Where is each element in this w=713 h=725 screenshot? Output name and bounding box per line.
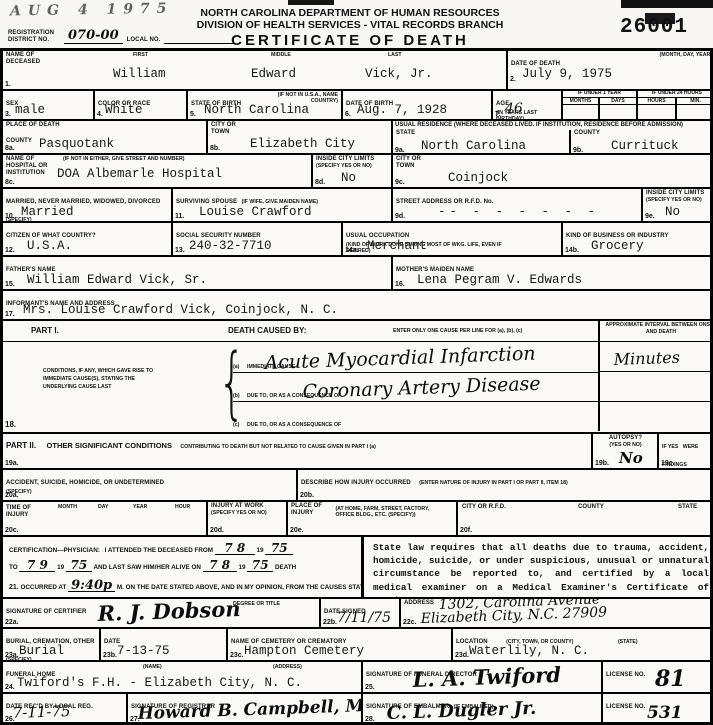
field-burial-date: DATE 23b. 7-13-75: [101, 629, 228, 662]
director-license-value: 81: [655, 666, 686, 692]
embalmer-license-label: LICENSE NO.: [606, 704, 645, 710]
under24-hours-label: HOURS: [638, 98, 675, 105]
injury-time-label: TIME OF INJURY: [6, 505, 40, 519]
row-demographics: SEX 3. male COLOR OR RACE 4. White STATE…: [3, 91, 710, 121]
pod-city-num: 8b.: [210, 145, 220, 152]
registrar-signature: Howard B. Campbell, M.P.H.: [137, 695, 363, 724]
field-embalmer-license: LICENSE NO. 531: [603, 694, 713, 724]
sex-num: 3.: [5, 111, 11, 118]
part1-num: 18.: [5, 420, 16, 429]
cert-intro: CERTIFICATION—PHYSICIAN:: [9, 547, 100, 554]
field-hospital-icl: INSIDE CITY LIMITS (SPECIFY YES OR NO) 8…: [313, 155, 393, 189]
pod-group-label: PLACE OF DEATH: [6, 122, 204, 129]
part2-sub: CONTRIBUTING TO DEATH BUT NOT RELATED TO…: [180, 444, 376, 450]
res-city-num: 9c.: [395, 179, 405, 186]
age-value: 46: [505, 101, 523, 117]
row-part2: PART II. OTHER SIGNIFICANT CONDITIONS CO…: [3, 434, 710, 470]
autopsy-sub: (YES OR NO): [596, 442, 655, 448]
local-no-blank: [164, 33, 234, 44]
spouse-value: Louise Crawford: [199, 205, 312, 219]
line-b-value: Coronary Artery Disease: [302, 373, 541, 403]
cause-line-a: (a) IMMEDIATE CAUSE Acute Myocardial Inf…: [233, 344, 598, 373]
name-first-value: William: [113, 67, 166, 81]
row-certification: CERTIFICATION—PHYSICIAN: I ATTENDED THE …: [3, 537, 710, 599]
injury-place-sub: (AT HOME, FARM, STREET, FACTORY, OFFICE …: [335, 506, 445, 518]
field-date-received: DATE REC'D BY LOCAL REG. 26. 7-11-75: [3, 694, 128, 724]
mother-num: 16.: [395, 281, 405, 288]
birth-state-num: 5.: [190, 111, 196, 118]
cert-line2: TO 7 9 19 75 AND LAST SAW HIM/HER ALIVE …: [9, 560, 359, 572]
pod-county-value: Pasquotank: [39, 137, 114, 151]
injury-time-num: 20c.: [5, 527, 19, 534]
accident-sub: (SPECIFY): [6, 489, 294, 495]
date-signed-value: 7/11/75: [337, 610, 391, 626]
marital-value: Married: [21, 205, 74, 219]
part1-header: PART I. DEATH CAUSED BY: ENTER ONLY ONE …: [3, 321, 710, 342]
injury-loc-num: 20f.: [460, 527, 472, 534]
citizen-num: 12.: [5, 247, 15, 254]
field-state-of-birth: STATE OF BIRTH (IF NOT IN U.S.A., NAME C…: [188, 91, 343, 121]
certificate-form: NAME OF DECEASED FIRST MIDDLE LAST 1. Wi…: [0, 48, 713, 725]
injury-time-col-year: YEAR: [133, 504, 147, 510]
funeral-home-sub-name: (NAME): [143, 664, 162, 670]
field-date-signed: DATE SIGNED 22b. 7/11/75: [321, 599, 401, 629]
res-icl-sub: (SPECIFY YES OR NO): [646, 197, 713, 203]
field-cemetery-location: LOCATION (CITY, TOWN, OR COUNTY) (STATE)…: [453, 629, 713, 662]
row-hospital: NAME OF HOSPITAL OR INSTITUTION (IF NOT …: [3, 155, 710, 189]
interval-header-cell: APPROXIMATE INTERVAL BETWEEN ONSET AND D…: [598, 321, 713, 341]
cert-last-saw: AND LAST SAW HIM/HER ALIVE ON: [93, 564, 201, 571]
injury-loc-city-label: CITY OR R.F.D.: [462, 504, 506, 511]
part2-num: 19a.: [5, 460, 19, 467]
field-usual-residence: USUAL RESIDENCE (WHERE DECEASED LIVED. I…: [393, 121, 713, 155]
race-value: White: [105, 103, 143, 117]
occupation-value: Merchant: [367, 239, 427, 253]
age-num: 7.: [495, 111, 501, 118]
res-state-value: North Carolina: [421, 139, 526, 153]
field-race: COLOR OR RACE 4. White: [95, 91, 188, 121]
field-certifier-signature: SIGNATURE OF CERTIFIER DEGREE OR TITLE 2…: [3, 599, 321, 629]
burial-date-value: 7-13-75: [117, 644, 170, 658]
informant-value: Mrs. Louise Crawford Vick, Coinjock, N. …: [23, 303, 338, 317]
cert-yr1: 19: [257, 547, 264, 554]
field-autopsy-findings: IF YES WERE FINDINGS CONSIDERED IN DETER…: [659, 434, 713, 470]
part2-label: PART II.: [6, 441, 36, 450]
name-middle-value: Edward: [251, 67, 296, 81]
name-num: 1.: [5, 81, 11, 88]
field-street-address: STREET ADDRESS OR R.F.D. No. 9d. -- - - …: [393, 189, 643, 223]
line-a-label: (a): [233, 364, 239, 370]
field-date-of-death: DATE OF DEATH (MONTH, DAY, YEAR) 2. July…: [508, 51, 713, 91]
part1-body: 18. CONDITIONS, IF ANY, WHICH GAVE RISE …: [3, 342, 710, 431]
findings-num: 19c.: [661, 460, 675, 467]
cert-to-date: 7 9: [19, 560, 55, 572]
injury-time-col-day: DAY: [98, 504, 108, 510]
how-num: 20b.: [300, 492, 314, 499]
field-registrar-signature: SIGNATURE OF REGISTRAR 27. Howard B. Cam…: [128, 694, 363, 724]
scan-artifact: [288, 0, 334, 5]
ssn-value: 240-32-7710: [189, 239, 272, 253]
field-father: FATHER'S NAME 15. William Edward Vick, S…: [3, 257, 393, 291]
residence-cols: STATE 9a. North Carolina COUNTY 9b. Curr…: [393, 130, 713, 155]
father-num: 15.: [5, 281, 15, 288]
field-injury-location: CITY OR R.F.D. COUNTY STATE 20f.: [458, 502, 713, 537]
embalmer-license-value: 531: [647, 703, 683, 723]
row-burial: BURIAL, CREMATION, OTHER (SPECIFY) 23a. …: [3, 629, 710, 662]
field-pod-county: PLACE OF DEATH COUNTY 8a. Pasquotank: [3, 121, 208, 155]
row-registrar: DATE REC'D BY LOCAL REG. 26. 7-11-75 SIG…: [3, 694, 710, 724]
address-num: 22c.: [403, 619, 417, 626]
field-marital: MARRIED, NEVER MARRIED, WIDOWED, DIVORCE…: [3, 189, 173, 223]
part1-header-left: PART I. DEATH CAUSED BY: ENTER ONLY ONE …: [3, 321, 598, 341]
field-industry: KIND OF BUSINESS OR INDUSTRY 14b. Grocer…: [563, 223, 713, 257]
hospital-icl-value: No: [341, 171, 356, 185]
pod-city-label: CITY OR TOWN: [211, 122, 241, 136]
field-injury-at-work: INJURY AT WORK (SPECIFY YES OR NO) 20d.: [208, 502, 288, 537]
hospital-sub: (IF NOT IN EITHER, GIVE STREET AND NUMBE…: [63, 156, 184, 162]
spouse-num: 11.: [175, 213, 184, 220]
pod-county-num: 8a.: [5, 145, 15, 152]
field-citizen: CITIZEN OF WHAT COUNTRY? 12. U.S.A.: [3, 223, 173, 257]
marital-num: 10.: [5, 213, 15, 220]
date-signed-num: 22b.: [323, 619, 337, 626]
res-state-num: 9a.: [395, 147, 405, 154]
cert-time: 9:40p: [68, 580, 115, 592]
race-num: 4.: [97, 111, 103, 118]
interval-a-value: Minutes: [613, 348, 680, 369]
cert-last-date: 7 8: [203, 560, 237, 572]
findings-label: IF YES: [662, 444, 678, 450]
scan-artifact: [621, 0, 713, 8]
interval-column: Minutes: [598, 342, 713, 431]
industry-num: 14b.: [565, 247, 579, 254]
line-c-text: DUE TO, OR AS A CONSEQUENCE OF: [247, 422, 341, 428]
cert-from-year: 75: [265, 543, 293, 555]
field-accident: ACCIDENT, SUICIDE, HOMICIDE, OR UNDETERM…: [3, 470, 298, 502]
dob-num: 6.: [345, 111, 351, 118]
injury-place-label: PLACE OF INJURY: [291, 503, 331, 517]
interval-b-cell: [600, 372, 713, 402]
field-sex: SEX 3. male: [3, 91, 95, 121]
injury-loc-state-label: STATE: [678, 504, 697, 511]
citizen-value: U.S.A.: [27, 239, 72, 253]
death-certificate-scan: AUG 4 1975 NORTH CAROLINA DEPARTMENT OF …: [0, 0, 713, 725]
row-name: NAME OF DECEASED FIRST MIDDLE LAST 1. Wi…: [3, 51, 710, 91]
under1-months-label: MONTHS: [563, 98, 598, 105]
under1-months-box: MONTHS: [563, 98, 600, 120]
field-certifier-address: ADDRESS 22c. 1302, Carolina Avenue Eliza…: [401, 599, 713, 629]
pod-county-label: COUNTY: [6, 138, 32, 144]
line-b-label: (b): [233, 393, 240, 399]
row-certifier: SIGNATURE OF CERTIFIER DEGREE OR TITLE 2…: [3, 599, 710, 629]
funeral-director-num: 25.: [365, 684, 375, 691]
injury-place-num: 20e.: [290, 527, 304, 534]
row-informant: INFORMANT'S NAME AND ADDRESS 17. Mrs. Lo…: [3, 291, 710, 321]
part2-title: OTHER SIGNIFICANT CONDITIONS: [47, 441, 172, 450]
burial-date-num: 23b.: [103, 652, 117, 659]
state-law-text: State law requires that all deaths due t…: [364, 537, 713, 599]
field-pod-city: CITY OR TOWN 8b. Elizabeth City: [208, 121, 393, 155]
field-mother: MOTHER'S MAIDEN NAME 16. Lena Pegram V. …: [393, 257, 713, 291]
interval-a-cell: Minutes: [600, 342, 713, 372]
cause-line-b: (b) DUE TO, OR AS A CONSEQUENCE OF Coron…: [233, 373, 598, 402]
field-hospital: NAME OF HOSPITAL OR INSTITUTION (IF NOT …: [3, 155, 313, 189]
field-embalmer-signature: SIGNATURE OF EMBALMER (IF EMBALMED) 28. …: [363, 694, 603, 724]
res-city-value: Coinjock: [448, 171, 508, 185]
field-ssn: SOCIAL SECURITY NUMBER 13. 240-32-7710: [173, 223, 343, 257]
dod-num: 2.: [510, 76, 516, 83]
cemetery-value: Hampton Cemetery: [244, 644, 364, 658]
street-value: -- - - - - - -: [438, 205, 599, 219]
dob-value: Aug. 7, 1928: [357, 103, 447, 117]
how-label: DESCRIBE HOW INJURY OCCURRED: [301, 480, 411, 486]
autopsy-value: No: [619, 449, 643, 467]
funeral-director-signature: L. A. Twiford: [412, 662, 561, 692]
cert-from-date: 7 8: [215, 543, 255, 555]
accident-label: ACCIDENT, SUICIDE, HOMICIDE, OR UNDETERM…: [6, 480, 164, 486]
hospital-value: DOA Albemarle Hospital: [57, 167, 222, 181]
hospital-icl-label: INSIDE CITY LIMITS: [316, 156, 389, 163]
location-num: 23d.: [455, 652, 469, 659]
embalmer-num: 28.: [365, 716, 375, 723]
certifier-signature: R. J. Dobson: [97, 599, 241, 626]
hospital-icl-sub: (SPECIFY YES OR NO): [316, 163, 389, 169]
cemetery-num: 23c.: [230, 652, 244, 659]
industry-value: Grocery: [591, 239, 644, 253]
injury-work-label: INJURY AT WORK: [211, 503, 284, 510]
birth-state-value: North Carolina: [204, 103, 309, 117]
registration-line: REGISTRATION DISTRICT NO. 070-00 LOCAL N…: [8, 28, 234, 44]
field-burial: BURIAL, CREMATION, OTHER (SPECIFY) 23a. …: [3, 629, 101, 662]
field-occupation: USUAL OCCUPATION (KIND OF WORK DONE DURI…: [343, 223, 563, 257]
field-name-of-deceased: NAME OF DECEASED FIRST MIDDLE LAST 1. Wi…: [3, 51, 508, 91]
hospital-label: NAME OF HOSPITAL OR INSTITUTION: [6, 156, 58, 177]
field-cemetery: NAME OF CEMETERY OR CREMATORY 23c. Hampt…: [228, 629, 453, 662]
name-col-last: LAST: [388, 52, 402, 58]
under24-hours-box: HOURS: [638, 98, 677, 120]
interval-c-cell: [600, 402, 713, 430]
hospital-num: 8c.: [5, 179, 15, 186]
date-received-value: 7-11-75: [12, 702, 70, 722]
occupation-num: 14a.: [345, 247, 359, 254]
registration-district-label: REGISTRATION DISTRICT NO.: [8, 30, 60, 44]
under1-days-box: DAYS: [600, 98, 636, 120]
pod-city-value: Elizabeth City: [250, 137, 355, 151]
father-value: William Edward Vick, Sr.: [27, 273, 207, 287]
row-marital: MARRIED, NEVER MARRIED, WIDOWED, DIVORCE…: [3, 189, 710, 223]
certificate-number: 26001: [620, 16, 688, 39]
field-under-1-year: IF UNDER 1 YEAR MONTHS DAYS: [563, 91, 638, 121]
cert-attended: I ATTENDED THE DECEASED FROM: [105, 547, 213, 554]
field-certification: CERTIFICATION—PHYSICIAN: I ATTENDED THE …: [3, 537, 363, 599]
accident-num: 20a.: [5, 492, 19, 499]
field-informant: INFORMANT'S NAME AND ADDRESS 17. Mrs. Lo…: [3, 291, 713, 321]
field-state-law-notice: State law requires that all deaths due t…: [363, 537, 713, 599]
row-accident: ACCIDENT, SUICIDE, HOMICIDE, OR UNDETERM…: [3, 470, 710, 502]
row-funeral-home: FUNERAL HOME (NAME) (ADDRESS) 24. Twifor…: [3, 662, 710, 694]
part1-caused-by: DEATH CAUSED BY:: [228, 326, 306, 335]
res-icl-num: 9e.: [645, 213, 655, 220]
part1-note: ENTER ONLY ONE CAUSE PER LINE FOR (a), (…: [393, 328, 522, 334]
row-citizen: CITIZEN OF WHAT COUNTRY? 12. U.S.A. SOCI…: [3, 223, 710, 257]
name-col-first: FIRST: [133, 52, 148, 58]
hospital-icl-num: 8d.: [315, 179, 325, 186]
dod-value: July 9, 1975: [522, 67, 612, 81]
injury-time-col-hour: HOUR: [175, 504, 190, 510]
registration-district-value: 070-00: [64, 28, 123, 44]
part1-block: PART I. DEATH CAUSED BY: ENTER ONLY ONE …: [3, 321, 710, 434]
row-place-of-death: PLACE OF DEATH COUNTY 8a. Pasquotank CIT…: [3, 121, 710, 155]
ssn-num: 13.: [175, 247, 185, 254]
field-spouse: SURVIVING SPOUSE (IF WIFE, GIVE MAIDEN N…: [173, 189, 393, 223]
injury-work-sub: (SPECIFY YES OR NO): [211, 510, 284, 516]
field-residence-icl: INSIDE CITY LIMITS (SPECIFY YES OR NO) 9…: [643, 189, 713, 223]
field-residence-county: COUNTY 9b. Currituck: [571, 130, 713, 155]
autopsy-num: 19b.: [595, 460, 609, 467]
cert-to-year: 75: [66, 560, 92, 572]
field-residence-state: STATE 9a. North Carolina: [393, 130, 571, 155]
res-county-value: Currituck: [611, 139, 679, 153]
certifier-num: 22a.: [5, 619, 19, 626]
field-funeral-home: FUNERAL HOME (NAME) (ADDRESS) 24. Twifor…: [3, 662, 363, 694]
line-c-label: (c): [233, 422, 239, 428]
local-no-label: LOCAL NO.: [127, 37, 161, 44]
field-place-of-injury: PLACE OF INJURY (AT HOME, FARM, STREET, …: [288, 502, 458, 537]
field-other-conditions: PART II. OTHER SIGNIFICANT CONDITIONS CO…: [3, 434, 593, 470]
res-state-label: STATE: [396, 130, 415, 137]
cert-last-year: 75: [247, 560, 273, 572]
part1-label: PART I.: [31, 326, 59, 335]
cause-line-c: (c) DUE TO, OR AS A CONSEQUENCE OF: [233, 402, 598, 430]
location-value: Waterlily, N. C.: [469, 644, 589, 658]
row-injury-detail: TIME OF INJURY MONTH DAY YEAR HOUR 20c. …: [3, 502, 710, 537]
res-county-num: 9b.: [573, 147, 583, 154]
informant-num: 17.: [5, 311, 15, 318]
how-sub: (ENTER NATURE OF INJURY IN PART I OR PAR…: [419, 480, 567, 486]
street-num: 9d.: [395, 213, 405, 220]
res-icl-label: INSIDE CITY LIMITS: [646, 190, 713, 197]
cert-to: TO: [9, 564, 18, 571]
cert-occurred: OCCURRED AT: [20, 584, 66, 591]
under24-min-box: MIN.: [677, 98, 713, 120]
field-autopsy: AUTOPSY? (YES OR NO) 19b. No: [593, 434, 659, 470]
field-time-of-injury: TIME OF INJURY MONTH DAY YEAR HOUR 20c.: [3, 502, 208, 537]
row-parents: FATHER'S NAME 15. William Edward Vick, S…: [3, 257, 710, 291]
dod-sub: (MONTH, DAY, YEAR): [660, 52, 712, 58]
certifier-sig-label: SIGNATURE OF CERTIFIER: [6, 609, 86, 615]
field-funeral-director: SIGNATURE OF FUNERAL DIRECTOR 25. L. A. …: [363, 662, 603, 694]
under24-cols: HOURS MIN.: [638, 97, 713, 120]
injury-loc-county-label: COUNTY: [578, 504, 604, 511]
sex-value: male: [15, 103, 45, 117]
interval-header: APPROXIMATE INTERVAL BETWEEN ONSET AND D…: [602, 322, 713, 336]
cert-occurred-rest: M. ON THE DATE STATED ABOVE, AND IN MY O…: [117, 584, 363, 591]
cert-line1: CERTIFICATION—PHYSICIAN: I ATTENDED THE …: [9, 543, 359, 555]
cert-death-word: DEATH: [275, 564, 296, 571]
funeral-home-sub-addr: (ADDRESS): [273, 664, 302, 670]
cert-line3: 21. OCCURRED AT 9:40p M. ON THE DATE STA…: [9, 580, 359, 592]
under24-min-label: MIN.: [677, 98, 713, 105]
funeral-home-value: Twiford's F.H. - Elizabeth City, N. C.: [17, 676, 302, 690]
director-license-label: LICENSE NO.: [606, 672, 645, 678]
embalmer-signature: C. L. Dugler Jr.: [386, 698, 536, 724]
cert-num: 21.: [9, 584, 19, 591]
field-age: AGE (IN YEARS LAST BIRTHDAY) 7. 46: [493, 91, 563, 121]
location-sub2: (STATE): [618, 639, 638, 645]
field-under-24-hours: IF UNDER 24 HOURS HOURS MIN.: [638, 91, 713, 121]
line-a-value: Acute Myocardial Infarction: [264, 343, 536, 374]
header-department: NORTH CAROLINA DEPARTMENT OF HUMAN RESOU…: [150, 7, 550, 19]
field-director-license: LICENSE NO. 81: [603, 662, 713, 694]
part1-conditions-note: CONDITIONS, IF ANY, WHICH GAVE RISE TO I…: [43, 368, 153, 391]
mother-value: Lena Pegram V. Edwards: [417, 273, 582, 287]
address-label: ADDRESS: [404, 600, 434, 607]
field-date-of-birth: DATE OF BIRTH 6. Aug. 7, 1928: [343, 91, 493, 121]
field-residence-city: CITY OR TOWN 9c. Coinjock: [393, 155, 713, 189]
injury-time-col-month: MONTH: [58, 504, 77, 510]
res-icl-value: No: [665, 205, 680, 219]
name-last-value: Vick, Jr.: [365, 67, 433, 81]
res-city-label: CITY OR TOWN: [396, 156, 426, 170]
funeral-home-num: 24.: [5, 684, 15, 691]
res-county-label: COUNTY: [574, 130, 600, 137]
field-how-injury: DESCRIBE HOW INJURY OCCURRED (ENTER NATU…: [298, 470, 713, 502]
burial-num: 23a.: [5, 652, 19, 659]
under1-cols: MONTHS DAYS: [563, 97, 636, 120]
under1-days-label: DAYS: [600, 98, 636, 105]
burial-value: Burial: [19, 644, 64, 658]
cert-yr2: 19: [57, 564, 64, 571]
residence-header: USUAL RESIDENCE (WHERE DECEASED LIVED. I…: [393, 121, 713, 130]
injury-work-num: 20d.: [210, 527, 224, 534]
name-col-middle: MIDDLE: [271, 52, 291, 58]
cert-yr3: 19: [238, 564, 245, 571]
autopsy-label: AUTOPSY?: [596, 435, 655, 442]
name-label: NAME OF DECEASED: [6, 52, 48, 66]
